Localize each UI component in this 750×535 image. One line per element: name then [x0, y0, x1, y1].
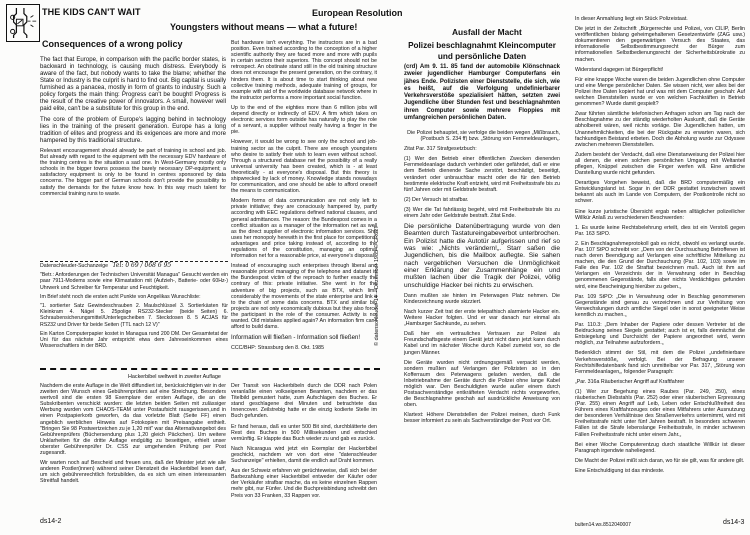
paragraph: Zwar führten sämtliche telefonischen Anf… [575, 111, 745, 148]
paragraph: Daß hier ein vertrauliches Vertrauen zur… [404, 331, 560, 355]
paragraph: Bei einer Woche Computerentzug durch sta… [575, 442, 745, 454]
ad-label: Datenschleuder-Suchanzeige [40, 263, 108, 269]
paragraph: Relevant encouragement should already be… [40, 148, 226, 197]
paragraph: Zitat Par. 317 Strafgesetzbuch: [404, 146, 560, 152]
page-number-left: ds14-2 [40, 518, 61, 525]
paragraph: Die Geräte wurden nicht ordnungsgemäß ve… [404, 360, 560, 409]
slogan: Information will fließen - Information s… [231, 334, 377, 341]
file-reference: bulten14.ws.8512040007 [575, 522, 631, 528]
paragraph: Die jetzt in der Zeitschrift „Bürgerrech… [575, 26, 745, 63]
paragraph: Up to the end of the eighties more than … [231, 105, 377, 135]
paragraph: But hardware isn't everything. The instr… [231, 40, 377, 101]
paragraph: (1) Wer zur Begehung eines Raubes (Par. … [575, 389, 745, 438]
paragraph: Par. 110.3: „Dem Inhaber der Papiere ode… [575, 322, 745, 346]
paragraph: The fact that Europe, in comparison with… [40, 56, 226, 112]
paragraph: Widerstand dagegen ist Bürgerpflicht! [575, 67, 745, 73]
paragraph: Eine kurze juristische Übersicht ergab n… [575, 209, 745, 221]
paragraph: 2. Ein Beschlagnahmeprotokoll gab es nic… [575, 241, 745, 290]
hackerbibel-column-1: Nachdem die erste Auflage in die Welt di… [40, 383, 226, 489]
paragraph: In dieser Anmahlung liegt ein Stück Poli… [575, 16, 745, 22]
paragraph: Wir warten noch auf Bescheid und freuen … [40, 460, 226, 484]
paragraph: Zudem besteht der Verdacht, daß eine Die… [575, 152, 745, 176]
paragraph: 1. Es wurde keine Rechtsbelehrung erteil… [575, 225, 745, 237]
german-article-headline: Polizei beschlagnahmt Kleincomputer und … [405, 40, 559, 62]
english-article-column-1: The fact that Europe, in comparison with… [40, 56, 226, 201]
ad-paragraph: "1. sortierter Satz Gewindeschrauben 2. … [40, 303, 228, 328]
paragraph: Für eine knappe Woche waren die beiden J… [575, 77, 745, 107]
paragraph: (3) Wer die Tat fahrlässig begeht, wird … [404, 207, 560, 219]
hackerbibel-heading: Hackerbibel weltweit in zweiter Auflage [128, 374, 221, 380]
paragraph: „Par. 316a Räuberischer Angriff auf Kraf… [575, 379, 745, 385]
paragraph: Dann mußten sie hinten im Peterwagen Pla… [404, 293, 560, 305]
paragraph: Die Macht der Polizei mißt sich daran, w… [575, 458, 745, 464]
paragraph: Eine Entschuldigung ist das mindeste. [575, 468, 745, 474]
ad-paragraph: "Betr.: Anforderungen der Technischen Un… [40, 272, 228, 291]
paragraph: (2) Der Versuch ist strafbar. [404, 197, 560, 203]
paragraph: Par. 109 StPO: „Die in Verwahrung oder i… [575, 294, 745, 318]
paragraph: Nachdem die erste Auflage in die Welt di… [40, 383, 226, 456]
section-label: European Resolution [312, 8, 403, 18]
paragraph: Nach kurzer Zeit trat der erste telepath… [404, 309, 560, 327]
german-article-kicker: Ausfall der Macht [452, 27, 522, 37]
english-article-column-2: But hardware isn't everything. The instr… [231, 40, 377, 355]
dashed-divider [40, 368, 380, 370]
paragraph: Nach Nicaragua wird jetzt ein Exemplar d… [231, 446, 377, 464]
paragraph: Modern forms of data communication are n… [231, 198, 377, 259]
signature: CCC/BHP: Strassburg den 8. Okt. 1985 [231, 345, 377, 351]
article-subtitle: Youngsters without means — what a future… [170, 22, 357, 32]
paragraph: However, it would be wrong to see only t… [231, 139, 377, 194]
ad-header: Datenschleuder-Suchanzeige Tel: 0 69 / 0… [40, 263, 228, 269]
right-column: In dieser Anmahlung liegt ein Stück Poli… [575, 16, 745, 478]
paragraph: Der Transit von Hackerbibeln durch die D… [231, 383, 377, 420]
chaos-logo-svg [7, 5, 39, 41]
paragraph: Die Polizei behauptet, sie verfolge die … [404, 130, 560, 142]
german-article-body: Die Polizei behauptet, sie verfolge die … [404, 130, 560, 429]
handwritten-phone: Tel: 0 69 / 068 6 95 [112, 262, 171, 269]
paragraph: Aus der Schweiz erfahren wir gerüchtewei… [231, 468, 377, 498]
article-title: Consequences of a wrong policy [42, 39, 183, 49]
masthead-title: THE KIDS CAN'T WAIT [42, 7, 141, 17]
paragraph: Bedenklich stimmt der Stil, mit dem die … [575, 350, 745, 374]
ad-paragraph: Ein Karton Computerpapier kostet in Mana… [40, 331, 228, 350]
vertical-copyright-credit: © datenschleuder 14 – Dezember 1985 © CR… [374, 225, 380, 346]
paragraph: (1) Wer den Betrieb einer öffentlichen Z… [404, 156, 560, 193]
paragraph: Er fand heraus, daß es unter 500 Bit sin… [231, 424, 377, 442]
paragraph: Die persönliche Datenübertragung wurde v… [404, 223, 560, 289]
paragraph: Derartiges Vorgehen beweist, daß die BRD… [575, 180, 745, 204]
hackerbibel-column-2: Der Transit von Hackerbibeln durch die D… [231, 383, 377, 503]
newsletter-page: THE KIDS CAN'T WAIT European Resolution … [0, 0, 750, 535]
paragraph: Klartext: Höhere Dienststellen der Poliz… [404, 412, 560, 424]
paragraph: The core of the problem of Europe's lagg… [40, 116, 226, 144]
classified-ad: Datenschleuder-Suchanzeige Tel: 0 69 / 0… [40, 263, 228, 352]
chaos-knoten-logo-icon [6, 4, 40, 42]
page-number-right: ds14-3 [723, 519, 744, 526]
german-article-lead: (crd) Am 9. 11. 85 fand der automobile K… [404, 64, 560, 122]
paragraph: Instead of encouraging such enterprises … [231, 263, 377, 330]
ad-paragraph: Im Brief steht noch die ersten acht Punk… [40, 294, 228, 300]
